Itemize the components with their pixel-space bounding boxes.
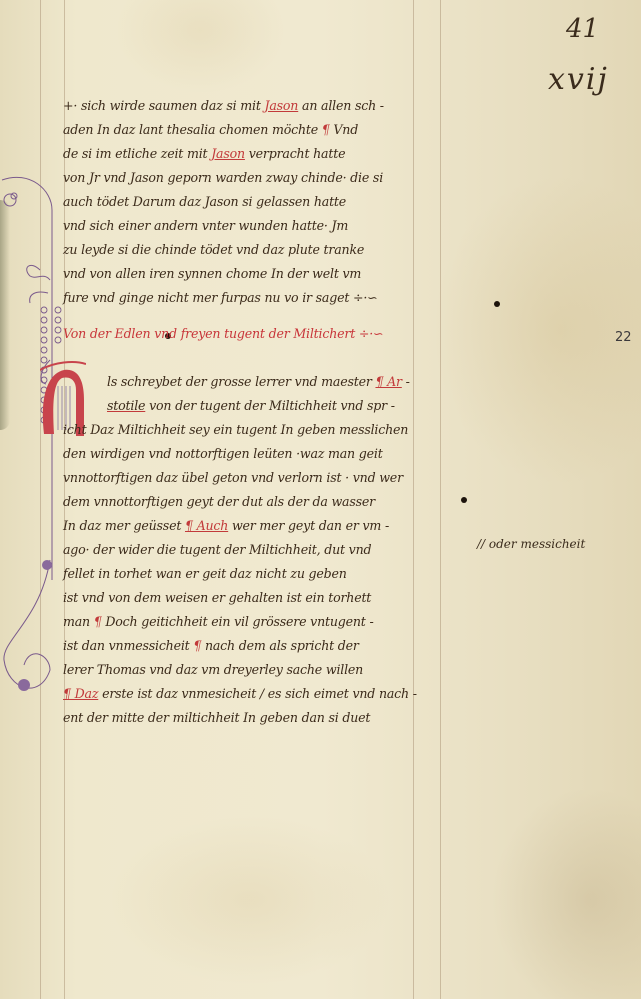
text-line: den wirdigen vnd nottorftigen leüten ·wa… (63, 446, 383, 461)
margin-number: 22 (615, 330, 632, 345)
rubric-heading: Von der Edlen vnd freyen tugent der Milt… (63, 326, 383, 341)
folio-number: 41 (566, 14, 599, 44)
text-line: vnnottorftigen daz übel geton vnd verlor… (63, 470, 403, 485)
manuscript-page: 41 xvij 22 // oder messicheit +· sich wi… (0, 0, 641, 999)
ruling-line-right-outer (440, 0, 441, 999)
text-line: ist dan vnmessicheit ¶ nach dem als spri… (63, 638, 359, 653)
text-line: +· sich wirde saumen daz si mit Jason an… (63, 98, 384, 113)
text-line: vnd sich einer andern vnter wunden hatte… (63, 218, 348, 233)
ruling-line-right-inner (413, 0, 414, 999)
text-line: fellet in torhet wan er geit daz nicht z… (63, 566, 347, 581)
text-line: lerer Thomas vnd daz vm dreyerley sache … (63, 662, 363, 677)
text-line: dem vnnottorftigen geyt der dut als der … (63, 494, 375, 509)
text-line: fure vnd ginge nicht mer furpas nu vo ir… (63, 290, 378, 305)
text-line: In daz mer geüsset ¶ Auch wer mer geyt d… (63, 518, 389, 533)
text-line: von Jr vnd Jason geporn warden zway chin… (63, 170, 383, 185)
text-line: ls schreybet der grosse lerrer vnd maest… (107, 374, 410, 389)
text-line: icht Daz Miltichheit sey ein tugent In g… (63, 422, 408, 437)
text-line: ago· der wider die tugent der Miltichhei… (63, 542, 371, 557)
text-line: stotile von der tugent der Miltichheit v… (107, 398, 395, 413)
binding-hole (494, 301, 500, 307)
text-line: man ¶ Doch geitichheit ein vil grössere … (63, 614, 374, 629)
text-line: ¶ Daz erste ist daz vnmesicheit / es sic… (63, 686, 417, 701)
text-line: zu leyde si die chinde tödet vnd daz plu… (63, 242, 364, 257)
roman-numeral-heading: xvij (548, 62, 609, 97)
marginal-gloss: // oder messicheit (477, 537, 585, 551)
binding-hole (461, 497, 467, 503)
text-line: vnd von allen iren synnen chome In der w… (63, 266, 361, 281)
text-line: auch tödet Darum daz Jason si gelassen h… (63, 194, 346, 209)
text-line: aden In daz lant thesalia chomen möchte … (63, 122, 358, 137)
text-line: ist vnd von dem weisen er gehalten ist e… (63, 590, 371, 605)
text-line: de si im etliche zeit mit Jason verprach… (63, 146, 345, 161)
text-line: ent der mitte der miltichheit In geben d… (63, 710, 370, 725)
